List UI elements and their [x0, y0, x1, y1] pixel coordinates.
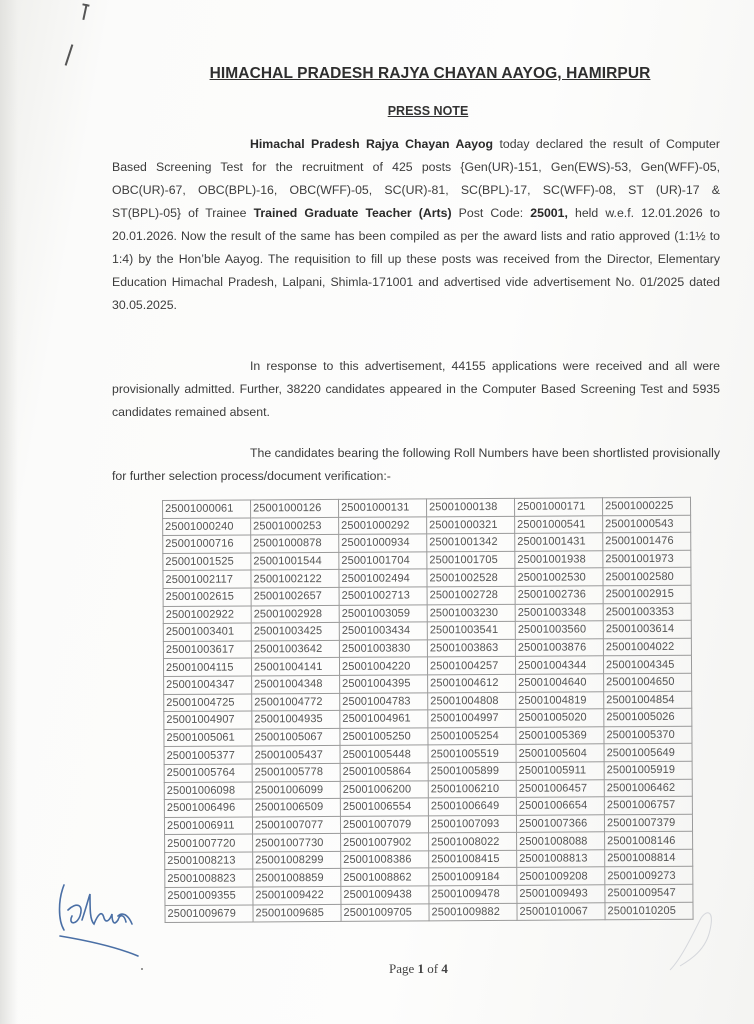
roll-number-cell: 25001004348	[252, 675, 340, 693]
roll-number-cell: 25001000131	[338, 499, 426, 517]
roll-number-cell: 25001001938	[515, 551, 603, 569]
roll-number-cell: 25001008814	[605, 849, 693, 867]
paragraph-applications: In response to this advertisement, 44155…	[112, 355, 720, 424]
roll-number-cell: 25001004907	[164, 711, 252, 729]
roll-number-cell: 25001008022	[429, 833, 517, 851]
roll-number-cell: 25001000225	[602, 497, 690, 515]
roll-number-cell: 25001003425	[251, 623, 339, 641]
roll-number-cell: 25001002736	[515, 586, 603, 604]
roll-number-cell: 25001009685	[253, 904, 341, 922]
roll-number-cell: 25001005604	[516, 744, 604, 762]
roll-number-cell: 25001001525	[163, 553, 251, 571]
ink-dot	[141, 968, 143, 970]
roll-number-cell: 25001000716	[163, 535, 251, 553]
paragraph-text: held w.e.f. 12.01.2026 to 20.01.2026. No…	[112, 206, 720, 312]
roll-number-cell: 25001001342	[427, 534, 515, 552]
roll-number-cell: 25001003614	[603, 620, 691, 638]
page-edge-shadow	[0, 0, 18, 1024]
document-page: HIMACHAL PRADESH RAJYA CHAYAN AAYOG, HAM…	[0, 0, 754, 1024]
roll-number-cell: 25001008213	[165, 852, 253, 870]
roll-number-cell: 25001001973	[603, 550, 691, 568]
roll-number-cell: 25001002922	[163, 606, 251, 624]
roll-number-cell: 25001006457	[516, 779, 604, 797]
roll-number-cell: 25001000240	[163, 518, 251, 536]
roll-number-cell: 25001004961	[340, 710, 428, 728]
roll-number-cell: 25001007079	[340, 816, 428, 834]
roll-number-cell: 25001005370	[604, 726, 692, 744]
roll-number-cell: 25001006554	[340, 798, 428, 816]
roll-number-cell: 25001009422	[253, 886, 341, 904]
roll-number-cell: 25001006649	[428, 797, 516, 815]
roll-number-cell: 25001003560	[515, 621, 603, 639]
roll-number-cell: 25001001704	[339, 552, 427, 570]
roll-number-cell: 25001000878	[251, 535, 339, 553]
roll-number-cell: 25001004345	[603, 656, 691, 674]
roll-number-cell: 25001000126	[251, 499, 339, 517]
roll-number-cell: 25001005899	[428, 762, 516, 780]
roll-number-cell: 25001008088	[517, 832, 605, 850]
roll-number-cell: 25001009184	[429, 868, 517, 886]
roll-number-cell: 25001009679	[165, 905, 253, 923]
roll-number-cell: 25001004935	[252, 711, 340, 729]
roll-number-cell: 25001005864	[340, 763, 428, 781]
roll-number-cell: 25001002657	[251, 587, 339, 605]
roll-number-cell: 25001009208	[517, 867, 605, 885]
roll-number-cell: 25001005061	[164, 729, 252, 747]
signature-icon	[54, 880, 144, 960]
table-row: 2500100967925001009685250010097052500100…	[165, 902, 693, 923]
roll-number-cell: 25001004772	[252, 693, 340, 711]
roll-number-cell: 25001003434	[339, 622, 427, 640]
roll-number-cell: 25001007720	[165, 834, 253, 852]
roll-number-cell: 25001003617	[163, 641, 251, 659]
roll-number-cell: 25001005254	[428, 727, 516, 745]
roll-number-cell: 25001007902	[341, 833, 429, 851]
roll-number-cell: 25001010067	[517, 902, 605, 920]
roll-number-cell: 25001000061	[163, 500, 251, 518]
roll-number-cell: 25001006098	[164, 781, 252, 799]
roll-number-cell: 25001000541	[515, 515, 603, 533]
roll-number-cell: 25001002494	[339, 569, 427, 587]
roll-number-cell: 25001000292	[339, 516, 427, 534]
roll-number-cell: 25001008823	[165, 869, 253, 887]
roll-number-cell: 25001003348	[515, 603, 603, 621]
roll-number-cell: 25001005369	[516, 727, 604, 745]
handwritten-mark-icon	[82, 4, 87, 20]
roll-number-cell: 25001005067	[252, 728, 340, 746]
roll-number-cell: 25001001544	[251, 552, 339, 570]
roll-number-cell: 25001008862	[341, 868, 429, 886]
roll-number-cell: 25001002117	[163, 570, 251, 588]
roll-number-cell: 25001002528	[427, 569, 515, 587]
roll-number-cell: 25001006757	[604, 796, 692, 814]
roll-numbers-table: 2500100006125001000126250010001312500100…	[162, 497, 694, 923]
roll-number-cell: 25001002728	[427, 586, 515, 604]
roll-number-cell: 25001006200	[340, 780, 428, 798]
roll-number-cell: 25001004854	[604, 691, 692, 709]
roll-number-cell: 25001009273	[605, 867, 693, 885]
roll-number-cell: 25001002928	[251, 605, 339, 623]
roll-number-cell: 25001006099	[252, 781, 340, 799]
roll-number-cell: 25001003541	[427, 622, 515, 640]
roll-number-cell: 25001005778	[252, 763, 340, 781]
roll-number-cell: 25001008386	[341, 851, 429, 869]
roll-number-cell: 25001004395	[340, 675, 428, 693]
roll-number-cell: 25001004808	[428, 692, 516, 710]
roll-number-cell: 25001002615	[163, 588, 251, 606]
post-code: 25001,	[530, 206, 568, 220]
paragraph-text: Post Code:	[452, 206, 531, 220]
paragraph-text: In response to this advertisement, 44155…	[112, 355, 720, 424]
roll-number-cell: 25001004141	[251, 658, 339, 676]
roll-number-cell: 25001004612	[428, 674, 516, 692]
roll-number-cell: 25001000138	[426, 498, 514, 516]
roll-number-cell: 25001004257	[427, 657, 515, 675]
roll-number-cell: 25001003059	[339, 604, 427, 622]
roll-number-cell: 25001007366	[516, 814, 604, 832]
press-note-heading: PRESS NOTE	[0, 104, 754, 118]
handwritten-stroke-icon	[65, 44, 74, 66]
roll-number-cell: 25001008299	[253, 851, 341, 869]
roll-number-cell: 25001004783	[340, 692, 428, 710]
roll-number-cell: 25001001431	[515, 533, 603, 551]
paragraph-result-declaration: Himachal Pradesh Rajya Chayan Aayog toda…	[112, 133, 720, 317]
roll-number-cell: 25001004640	[516, 674, 604, 692]
roll-number-cell: 25001006496	[164, 799, 252, 817]
roll-number-cell: 25001003830	[339, 640, 427, 658]
roll-number-cell: 25001000253	[251, 517, 339, 535]
page-total: 4	[441, 961, 448, 976]
roll-number-cell: 25001003642	[251, 640, 339, 658]
faint-stamp-icon	[660, 900, 730, 980]
roll-number-cell: 25001000934	[339, 534, 427, 552]
roll-number-cell: 25001007093	[428, 815, 516, 833]
roll-number-cell: 25001005649	[604, 744, 692, 762]
roll-number-cell: 25001006911	[164, 817, 252, 835]
post-name: Trained Graduate Teacher (Arts)	[254, 206, 452, 220]
roll-number-cell: 25001003863	[427, 639, 515, 657]
roll-number-cell: 25001008146	[605, 832, 693, 850]
paragraph-shortlisted: The candidates bearing the following Rol…	[112, 442, 720, 488]
roll-number-cell: 25001000321	[427, 516, 515, 534]
roll-number-cell: 25001001705	[427, 551, 515, 569]
aayog-name: Himachal Pradesh Rajya Chayan Aayog	[250, 137, 493, 151]
footer-prefix: Page	[389, 961, 418, 976]
roll-number-cell: 25001009882	[429, 903, 517, 921]
roll-number-cell: 25001002713	[339, 587, 427, 605]
roll-number-cell: 25001005026	[604, 708, 692, 726]
roll-number-cell: 25001005919	[604, 761, 692, 779]
roll-number-cell: 25001003401	[163, 623, 251, 641]
roll-number-cell: 25001004220	[339, 657, 427, 675]
roll-number-cell: 25001005250	[340, 728, 428, 746]
roll-number-cell: 25001008415	[429, 850, 517, 868]
roll-number-cell: 25001004650	[604, 673, 692, 691]
roll-number-cell: 25001005448	[340, 745, 428, 763]
roll-number-cell: 25001005519	[428, 745, 516, 763]
roll-number-cell: 25001005764	[164, 764, 252, 782]
roll-number-cell: 25001004819	[516, 691, 604, 709]
roll-number-cell: 25001004344	[515, 656, 603, 674]
roll-number-cell: 25001000543	[603, 515, 691, 533]
roll-number-cell: 25001002530	[515, 568, 603, 586]
roll-number-cell: 25001005437	[252, 746, 340, 764]
roll-number-cell: 25001000171	[514, 498, 602, 516]
roll-number-cell: 25001009705	[341, 904, 429, 922]
roll-number-cell: 25001009438	[341, 886, 429, 904]
roll-number-cell: 25001008859	[253, 869, 341, 887]
roll-number-cell: 25001008813	[517, 850, 605, 868]
page-footer: Page 1 of 4	[389, 961, 448, 977]
roll-number-cell: 25001005377	[164, 746, 252, 764]
footer-separator: of	[424, 961, 441, 976]
roll-number-cell: 25001005020	[516, 709, 604, 727]
roll-number-cell: 25001006462	[604, 779, 692, 797]
roll-number-cell: 25001009478	[429, 885, 517, 903]
roll-number-cell: 25001002580	[603, 568, 691, 586]
roll-number-cell: 25001009493	[517, 885, 605, 903]
roll-number-cell: 25001004725	[164, 693, 252, 711]
roll-number-cell: 25001006509	[252, 799, 340, 817]
roll-number-cell: 25001007379	[604, 814, 692, 832]
roll-number-cell: 25001007730	[253, 834, 341, 852]
roll-number-cell: 25001009355	[165, 887, 253, 905]
roll-number-cell: 25001007077	[252, 816, 340, 834]
roll-number-cell: 25001001476	[603, 532, 691, 550]
roll-number-cell: 25001006210	[428, 780, 516, 798]
roll-number-cell: 25001004347	[164, 676, 252, 694]
roll-number-cell: 25001005911	[516, 762, 604, 780]
paragraph-text: The candidates bearing the following Rol…	[112, 442, 720, 488]
roll-number-cell: 25001004022	[603, 638, 691, 656]
roll-number-cell: 25001002122	[251, 570, 339, 588]
roll-number-cell: 25001004997	[428, 709, 516, 727]
roll-number-cell: 25001002915	[603, 585, 691, 603]
roll-number-cell: 25001003353	[603, 603, 691, 621]
roll-number-cell: 25001003876	[515, 639, 603, 657]
roll-number-cell: 25001004115	[163, 658, 251, 676]
roll-number-cell: 25001003230	[427, 604, 515, 622]
document-title: HIMACHAL PRADESH RAJYA CHAYAN AAYOG, HAM…	[0, 65, 754, 83]
roll-number-cell: 25001006654	[516, 797, 604, 815]
